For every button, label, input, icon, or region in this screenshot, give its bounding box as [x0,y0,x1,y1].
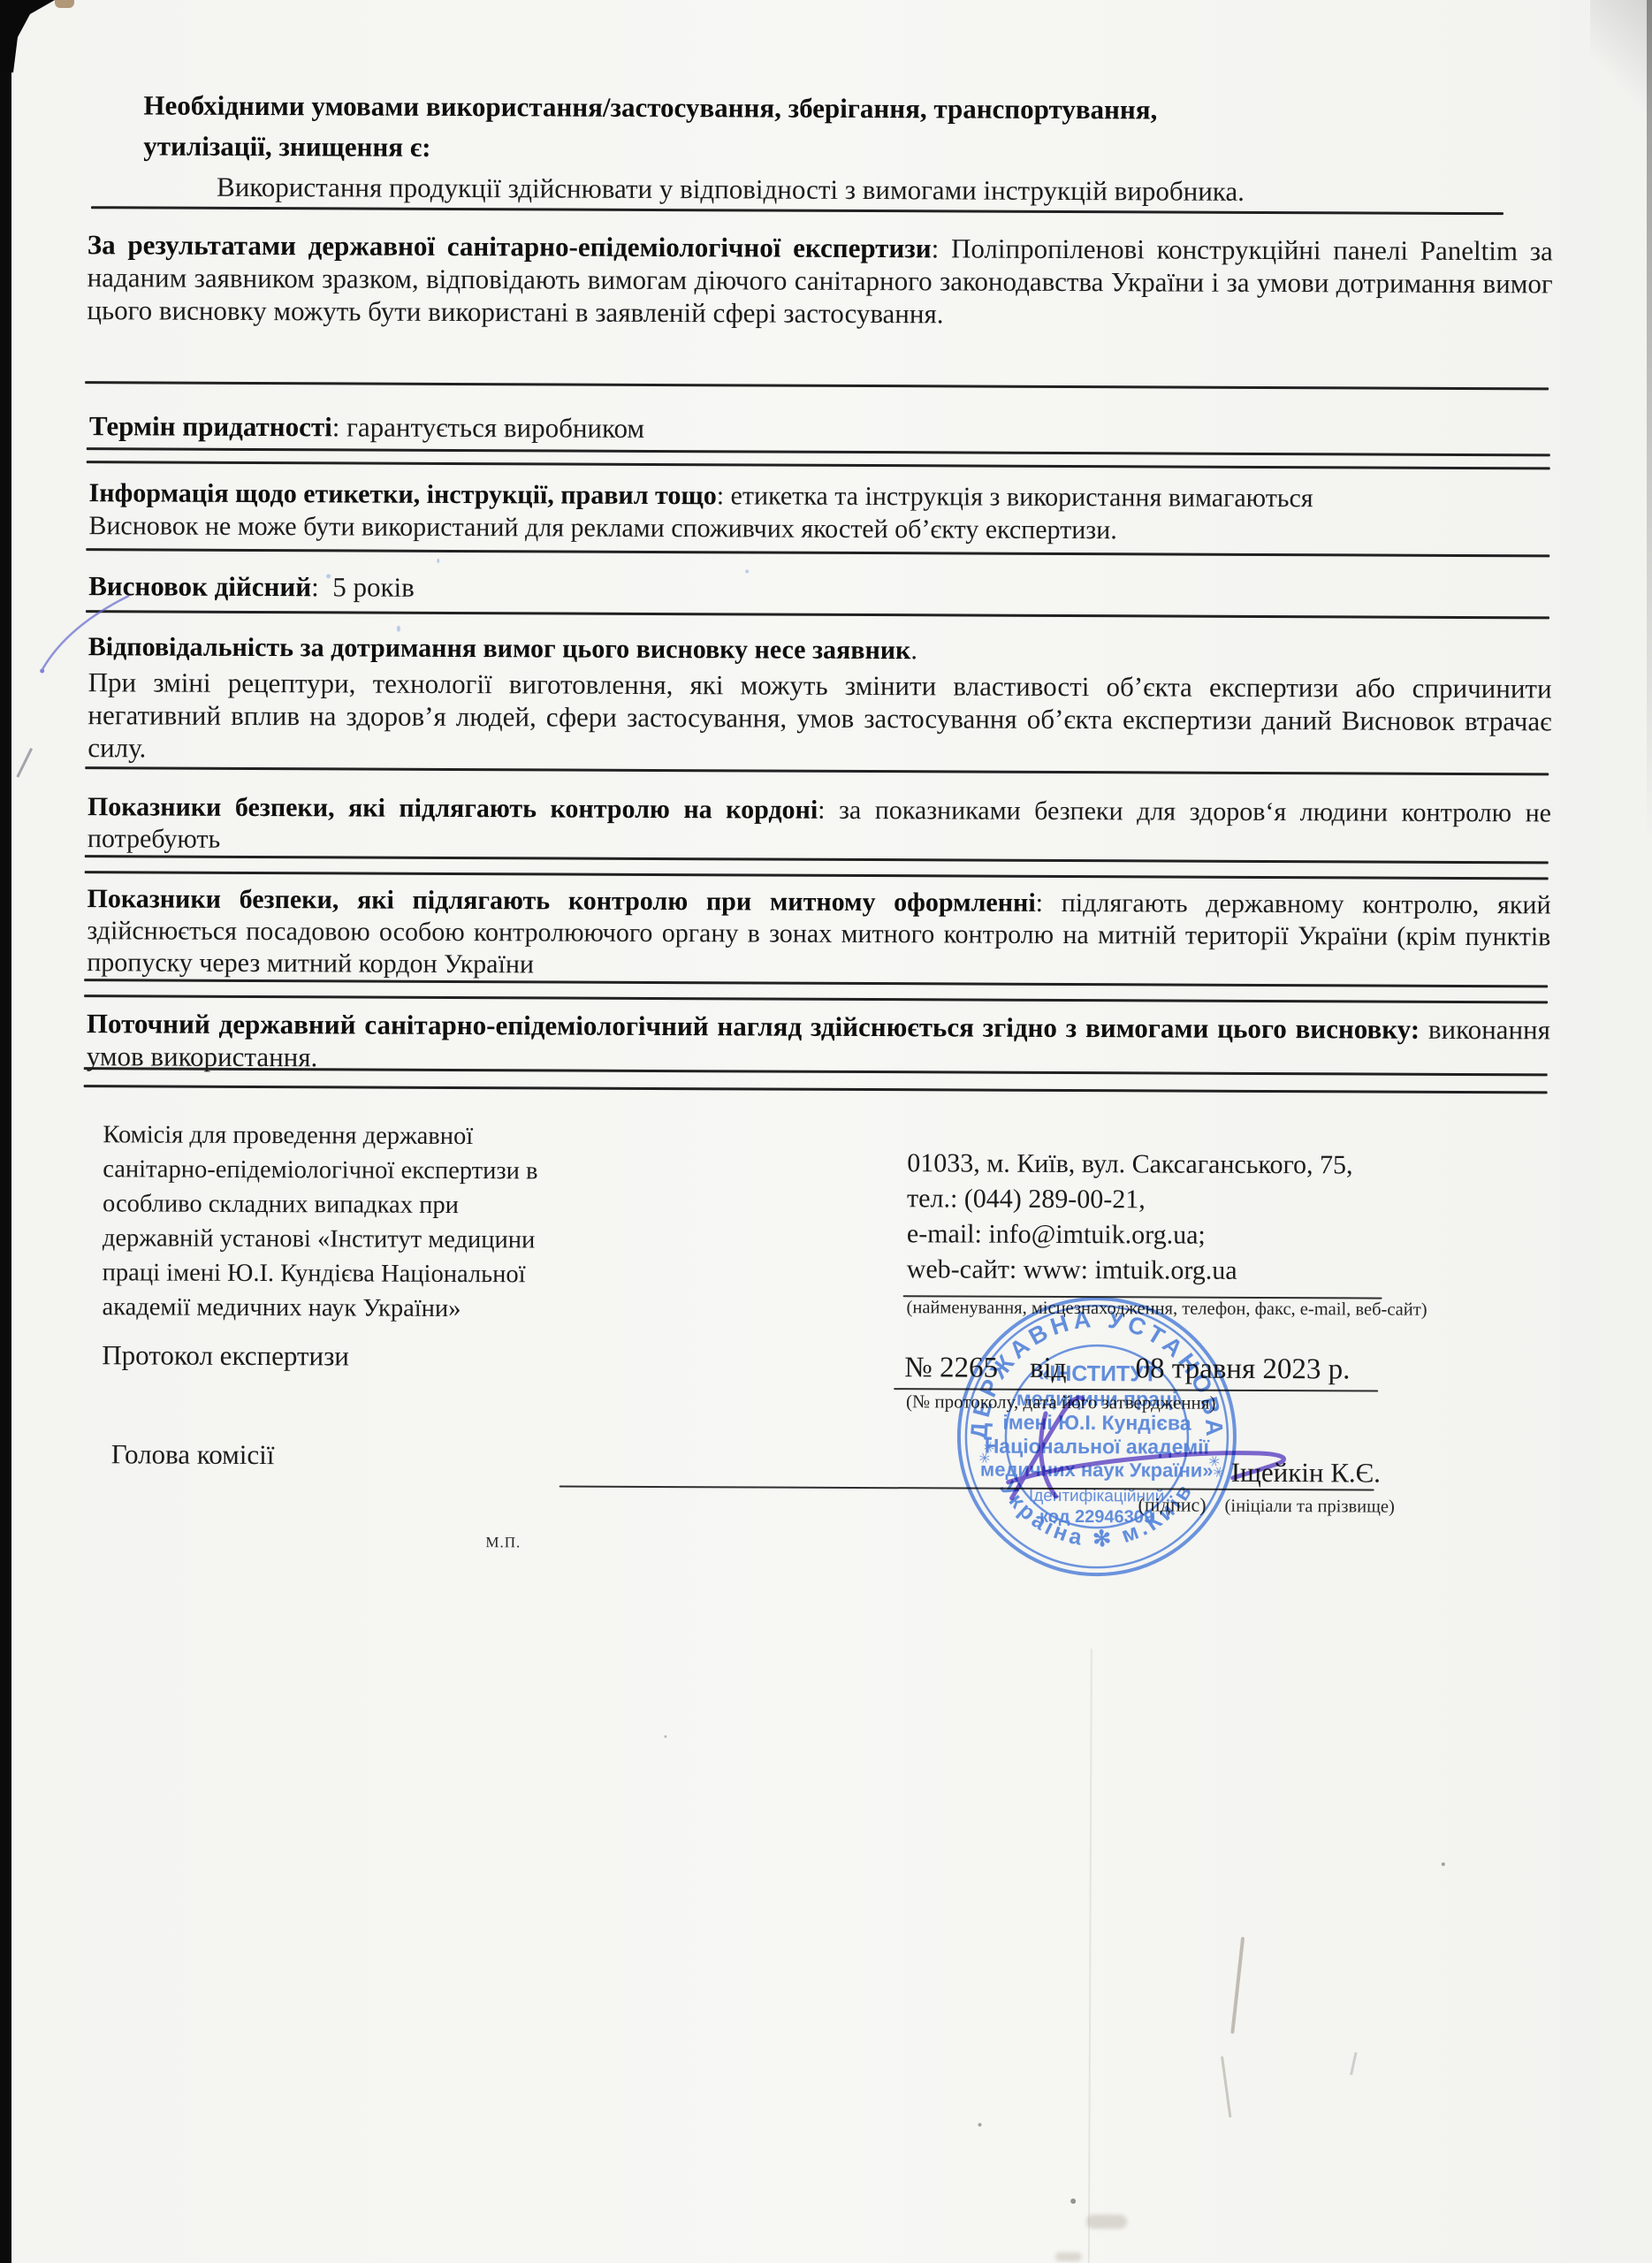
scan-noise [1086,2214,1127,2229]
scan-noise [1070,2198,1076,2204]
contact-email: e-mail: info@imtuik.org.ua; [907,1216,1402,1253]
scan-noise [664,1735,666,1738]
supervision-lead: Поточний державний санітарно-епідеміолог… [87,1008,1420,1045]
seal-place-mark: М.П. [485,1534,521,1551]
customs-control-lead: Показники безпеки, які підлягають контро… [87,884,1035,918]
label-info-line-2: Висновок не може бути використаний для р… [88,509,1573,548]
section-customs-control: Показники безпеки, які підлягають контро… [87,883,1550,985]
rule-3b [87,461,1550,469]
responsibility-lead: Відповідальність за дотримання вимог цьо… [88,632,911,665]
paper-crease [1088,1649,1092,2263]
responsibility-dot: . [910,636,917,665]
scanner-edge-right [1647,0,1652,840]
rule-2 [85,381,1549,390]
rule-1 [91,206,1504,215]
section-expertise-result: За результатами державної санітарно-епід… [87,228,1552,332]
ink-smudge [397,626,400,632]
scanned-document: Необхідними умовами використання/застосу… [0,0,1652,2263]
pen-mark-slash [16,748,33,778]
heading-line-2: утилізації, знищення є: [143,126,1157,171]
scan-noise [1230,1937,1245,2034]
section-responsibility-heading: Відповідальність за дотримання вимог цьо… [88,631,917,667]
section-conditions-heading: Необхідними умовами використання/застосу… [143,85,1157,171]
section-current-supervision: Поточний державний санітарно-епідеміолог… [87,1007,1550,1078]
scan-noise [1221,2056,1231,2118]
section-shelf-life: Термін придатності: гарантується виробни… [89,409,644,445]
label-info-lead: Інформація щодо етикетки, інструкції, пр… [88,478,716,510]
ink-smudge [745,569,749,573]
contact-website: web-сайт: www: imtuik.org.ua [907,1252,1402,1289]
institute-contact-block: 01033, м. Київ, вул. Саксаганського, 75,… [907,1146,1403,1289]
scanner-edge-left [0,0,11,2263]
rule-9b [84,1085,1548,1093]
contact-address: 01033, м. Київ, вул. Саксаганського, 75, [907,1146,1402,1183]
scan-noise [1350,2052,1357,2075]
section-label-info: Інформація щодо етикетки, інструкції, пр… [88,476,1573,548]
document-page: Необхідними умовами використання/застосу… [0,0,1652,2263]
section-border-control: Показники безпеки, які підлягають контро… [88,791,1551,861]
commission-description: Комісія для проведення державної санітар… [102,1117,555,1326]
ink-smudge [437,559,439,563]
chairman-signature [965,1373,1408,1525]
signature-stroke-3 [1009,1452,1284,1484]
scan-noise [978,2123,982,2127]
rule-5 [86,610,1549,619]
section-responsibility-body: При зміні рецептури, технології виготовл… [88,666,1551,770]
chairman-label: Голова комісії [111,1437,275,1471]
section-conditions-body: Використання продукції здійснювати у від… [217,171,1245,208]
scan-noise [1055,2252,1082,2261]
rule-7b [85,871,1549,880]
protocol-label: Протокол експертизи [102,1338,349,1372]
label-info-text: : етикетка та інструкція з використання … [717,481,1313,513]
contact-phone: тел.: (044) 289-00-21, [907,1181,1402,1218]
rule-3a [87,447,1550,456]
pen-mark-curve [33,583,148,682]
heading-line-1: Необхідними умовами використання/застосу… [143,85,1157,130]
validity-value: : 5 років [311,571,415,603]
shelf-life-label: Термін придатності [89,410,332,442]
expertise-result-lead: За результатами державної санітарно-епід… [88,229,932,263]
shelf-life-value: : гарантується виробником [332,411,644,444]
scan-noise [1442,1863,1445,1866]
border-control-lead: Показники безпеки, які підлягають контро… [88,792,818,825]
paper-speck [55,0,74,8]
scanner-corner-top-right [1590,0,1652,159]
rule-8b [84,994,1548,1003]
rule-4 [86,548,1549,557]
